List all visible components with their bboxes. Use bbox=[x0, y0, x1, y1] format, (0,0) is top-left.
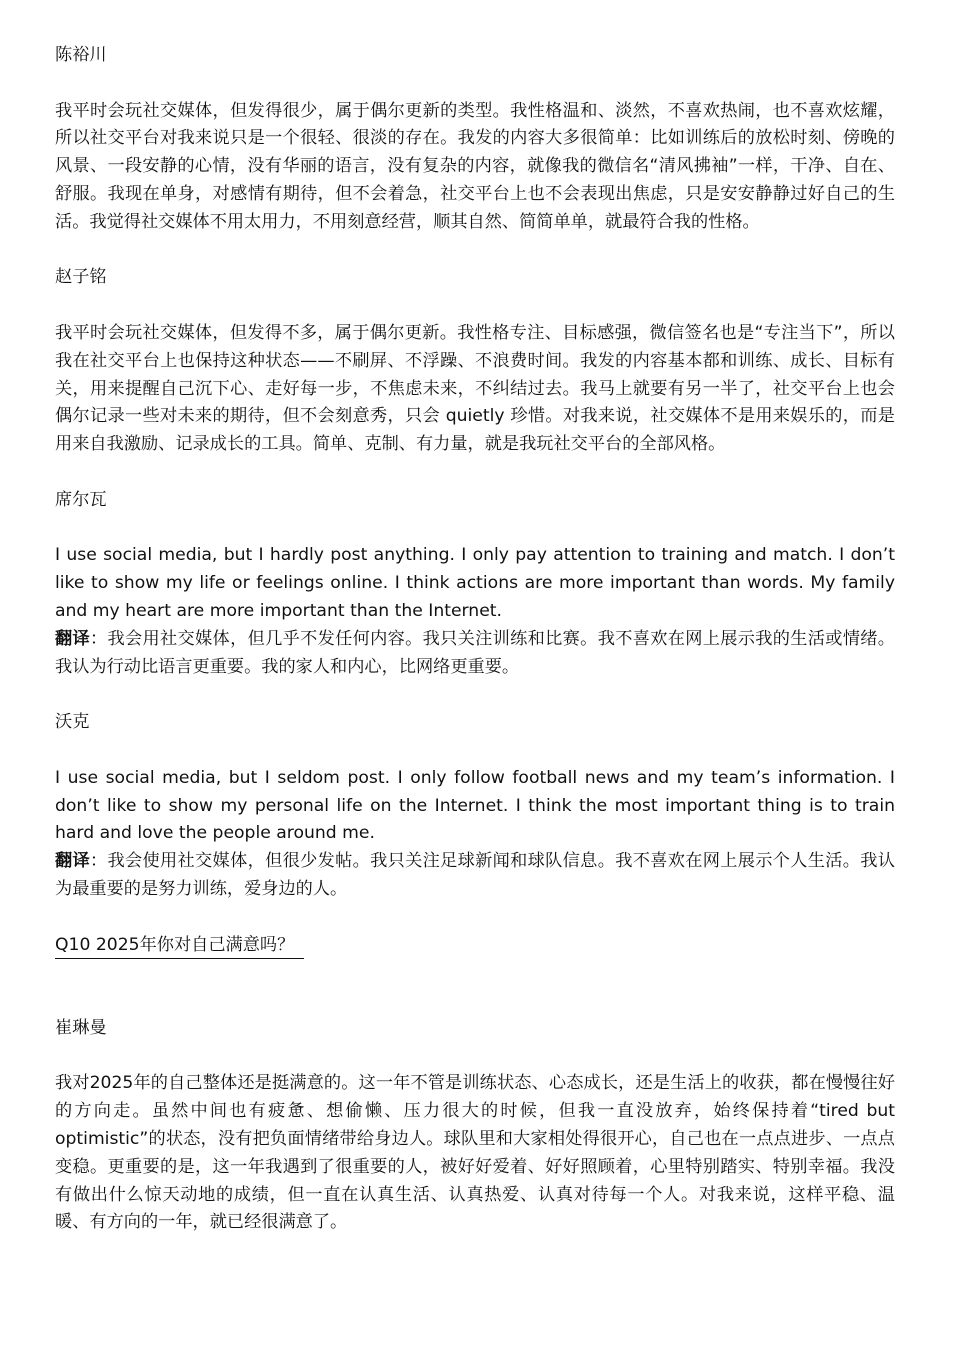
response-paragraph: 我平时会玩社交媒体，但发得不多，属于偶尔更新。我性格专注、目标感强，微信签名也是… bbox=[55, 320, 895, 459]
question-heading: Q10 2025年你对自己满意吗？ bbox=[55, 932, 304, 959]
translation-paragraph: 翻译：我会使用社交媒体，但很少发帖。我只关注足球新闻和球队信息。我不喜欢在网上展… bbox=[55, 848, 895, 904]
spacer bbox=[55, 737, 895, 765]
translation-text: ：我会用社交媒体，但几乎不发任何内容。我只关注训练和比赛。我不喜欢在网上展示我的… bbox=[55, 629, 895, 677]
spacer bbox=[55, 1043, 895, 1071]
response-paragraph: 我对2025年的自己整体还是挺满意的。这一年不管是训练状态、心态成长，还是生活上… bbox=[55, 1070, 895, 1237]
spacer bbox=[55, 459, 895, 487]
translation-label: 翻译 bbox=[55, 851, 90, 871]
spacer bbox=[55, 515, 895, 543]
respondent-name: 陈裕川 bbox=[55, 42, 895, 70]
spacer bbox=[55, 959, 895, 1015]
response-paragraph: 我平时会玩社交媒体，但发得很少，属于偶尔更新的类型。我性格温和、淡然，不喜欢热闹… bbox=[55, 98, 895, 237]
respondent-name: 崔琳曼 bbox=[55, 1015, 895, 1043]
translation-label: 翻译 bbox=[55, 629, 90, 649]
respondent-name: 席尔瓦 bbox=[55, 487, 895, 515]
spacer bbox=[55, 70, 895, 98]
english-response: I use social media, but I hardly post an… bbox=[55, 542, 895, 625]
spacer bbox=[55, 681, 895, 709]
translation-text: ：我会使用社交媒体，但很少发帖。我只关注足球新闻和球队信息。我不喜欢在网上展示个… bbox=[55, 851, 895, 899]
translation-paragraph: 翻译：我会用社交媒体，但几乎不发任何内容。我只关注训练和比赛。我不喜欢在网上展示… bbox=[55, 626, 895, 682]
spacer bbox=[55, 904, 895, 932]
spacer bbox=[55, 237, 895, 265]
english-response: I use social media, but I seldom post. I… bbox=[55, 765, 895, 848]
respondent-name: 赵子铭 bbox=[55, 264, 895, 292]
document-page: 陈裕川 我平时会玩社交媒体，但发得很少，属于偶尔更新的类型。我性格温和、淡然，不… bbox=[55, 42, 895, 1237]
spacer bbox=[55, 292, 895, 320]
respondent-name: 沃克 bbox=[55, 709, 895, 737]
question-heading-wrap: Q10 2025年你对自己满意吗？ bbox=[55, 932, 895, 960]
